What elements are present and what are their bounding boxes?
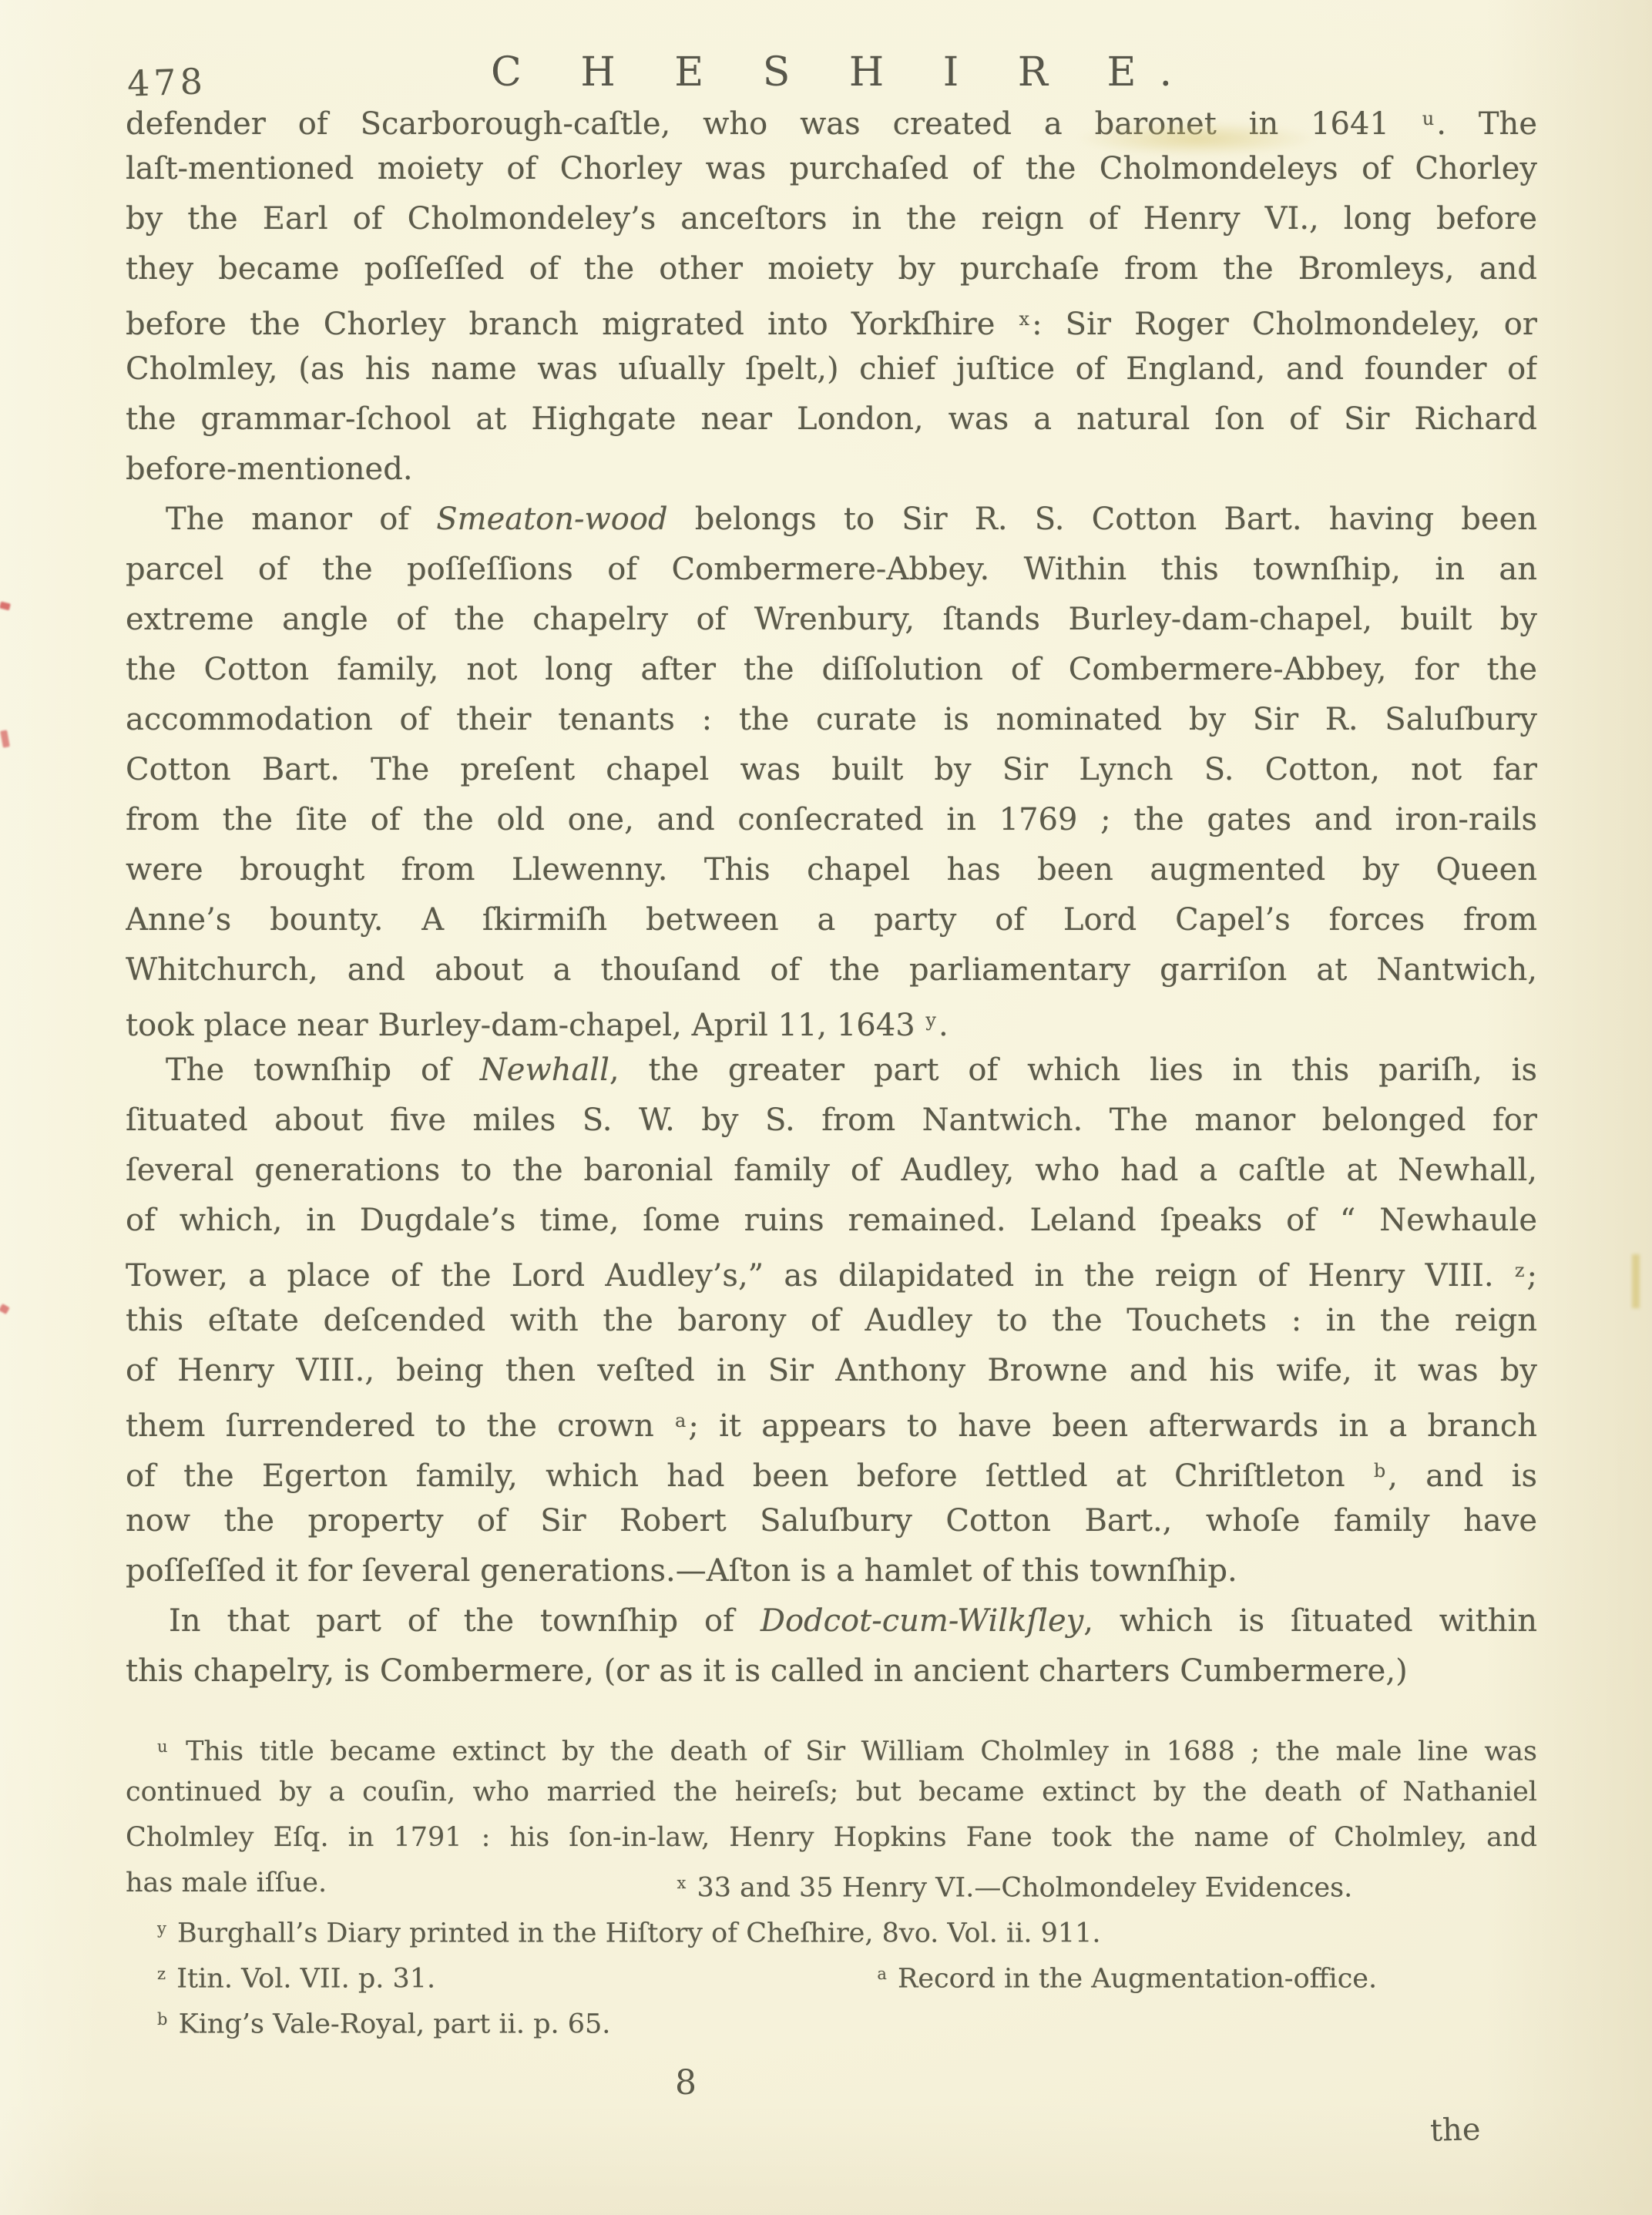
- scan-artifact-stain: [1077, 122, 1316, 156]
- text-line: Tower, a place of the Lord Audley’s,” as…: [126, 1246, 1537, 1296]
- footnote-second-column: x 33 and 35 Henry VI.—Cholmondeley Evide…: [676, 1861, 1352, 1906]
- paragraph: b King’s Vale-Royal, part ii. p. 65.: [126, 1997, 1537, 2042]
- text-segment: accommodation of their tenants : the cur…: [126, 702, 1537, 737]
- text-line: Cholmley, (as his name was uſually ſpelt…: [126, 344, 1537, 394]
- text-line: b King’s Vale-Royal, part ii. p. 65.: [126, 1997, 1537, 2042]
- text-line: defender of Scarborough-caſtle, who was …: [126, 94, 1537, 144]
- text-segment: this chapelry, is Combermere, (or as it …: [126, 1653, 1408, 1689]
- text-segment: of which, in Dugdale’s time, ſome ruins …: [126, 1203, 1537, 1238]
- text-line: Cholmley Eſq. in 1791 : his ſon-in-law, …: [126, 1815, 1537, 1861]
- paragraph: defender of Scarborough-caſtle, who was …: [126, 94, 1537, 495]
- text-segment: by the Earl of Cholmondeley’s anceſtors …: [126, 201, 1537, 237]
- footnote-marker: y: [157, 1919, 166, 1938]
- text-line: continued by a couſin, who married the h…: [126, 1770, 1537, 1815]
- text-segment: ſituated about five miles S. W. by S. fr…: [126, 1102, 1537, 1138]
- text-segment: ; it appears to have been afterwards in …: [688, 1408, 1537, 1444]
- footnote-marker: b: [157, 2010, 167, 2029]
- scan-artifact-red-mark: [0, 602, 11, 611]
- text-segment: the Cotton family, not long after the di…: [126, 652, 1537, 687]
- text-segment: were brought from Llewenny. This chapel …: [126, 852, 1537, 888]
- text-line: before the Chorley branch migrated into …: [126, 294, 1537, 344]
- text-segment: .: [938, 1008, 949, 1043]
- text-line: by the Earl of Cholmondeley’s anceſtors …: [126, 194, 1537, 244]
- text-segment: Itin. Vol. VII. p. 31.: [168, 1964, 435, 1995]
- text-line: parcel of the poſſeſſions of Combermere-…: [126, 545, 1537, 595]
- italic-place-name: Smeaton-wood: [436, 502, 667, 537]
- text-line: of Henry VIII., being then veſted in Sir…: [126, 1346, 1537, 1396]
- text-segment: them ſurrendered to the crown: [126, 1408, 674, 1444]
- text-line: Anne’s bounty. A ſkirmiſh between a part…: [126, 895, 1537, 945]
- text-segment: poſſeſſed it for ſeveral generations.—Aſ…: [126, 1553, 1237, 1589]
- paragraph: z Itin. Vol. VII. p. 31.a Record in the …: [126, 1952, 1537, 1997]
- text-line: from the ſite of the old one, and conſec…: [126, 795, 1537, 845]
- paragraph: u This title became extinct by the death…: [126, 1724, 1537, 1906]
- text-line: Whitchurch, and about a thouſand of the …: [126, 945, 1537, 995]
- text-segment: The townſhip of: [166, 1052, 480, 1088]
- text-segment: ;: [1527, 1258, 1537, 1294]
- text-line: u This title became extinct by the death…: [126, 1724, 1537, 1770]
- footnote-marker: z: [157, 1965, 166, 1983]
- text-line: this chapelry, is Combermere, (or as it …: [126, 1646, 1537, 1696]
- text-segment: Burghall’s Diary printed in the Hiſtory …: [169, 1918, 1101, 1949]
- text-line: Cotton Bart. The preſent chapel was buil…: [126, 745, 1537, 795]
- text-line: In that part of the townſhip of Dodcot-c…: [126, 1596, 1537, 1646]
- text-line: of which, in Dugdale’s time, ſome ruins …: [126, 1196, 1537, 1246]
- text-segment: before-mentioned.: [126, 451, 413, 487]
- text-segment: from the ſite of the old one, and conſec…: [126, 802, 1537, 837]
- text-segment: In that part of the townſhip of: [169, 1603, 761, 1639]
- italic-place-name: Dodcot-cum-Wilkſley: [761, 1603, 1083, 1639]
- footnotes: u This title became extinct by the death…: [126, 1724, 1537, 2042]
- text-segment: This title became extinct by the death o…: [170, 1737, 1537, 1767]
- text-line: the grammar-ſchool at Highgate near Lond…: [126, 394, 1537, 445]
- body-text: defender of Scarborough-caſtle, who was …: [126, 94, 1537, 1696]
- text-line: poſſeſſed it for ſeveral generations.—Aſ…: [126, 1546, 1537, 1596]
- text-segment: of the Egerton family, which had been be…: [126, 1458, 1373, 1494]
- footnote-marker: y: [925, 1009, 936, 1031]
- text-line: The manor of Smeaton-wood belongs to Sir…: [126, 495, 1537, 545]
- italic-place-name: Newhall: [480, 1052, 609, 1088]
- text-segment: Whitchurch, and about a thouſand of the …: [126, 952, 1537, 988]
- text-line: extreme angle of the chapelry of Wrenbur…: [126, 595, 1537, 645]
- text-line: this eſtate deſcended with the barony of…: [126, 1296, 1537, 1346]
- text-segment: has male iſſue.: [126, 1868, 327, 1898]
- text-segment: , which is ſituated within: [1083, 1603, 1537, 1639]
- signature-mark: 8: [640, 2063, 732, 2103]
- book-page: 478 C H E S H I R E. defender of Scarbor…: [0, 0, 1652, 2215]
- footnote-marker: z: [1515, 1260, 1525, 1281]
- text-segment: now the property of Sir Robert Saluſbury…: [126, 1503, 1537, 1539]
- text-line: the Cotton family, not long after the di…: [126, 645, 1537, 695]
- footnote-marker: a: [675, 1410, 686, 1431]
- text-segment: King’s Vale-Royal, part ii. p. 65.: [170, 2009, 610, 2040]
- text-line: z Itin. Vol. VII. p. 31.a Record in the …: [126, 1952, 1537, 1997]
- text-segment: Anne’s bounty. A ſkirmiſh between a part…: [126, 902, 1537, 938]
- text-line: accommodation of their tenants : the cur…: [126, 695, 1537, 745]
- text-line: before-mentioned.: [126, 445, 1537, 495]
- text-segment: the grammar-ſchool at Highgate near Lond…: [126, 401, 1537, 437]
- text-segment: : Sir Roger Cholmondeley, or: [1032, 307, 1537, 342]
- text-segment: took place near Burley-dam-chapel, April…: [126, 1008, 925, 1043]
- scan-artifact-edge-stain: [1632, 1254, 1640, 1308]
- text-segment: parcel of the poſſeſſions of Combermere-…: [126, 552, 1537, 587]
- footnote-second-column: a Record in the Augmentation-office.: [845, 1952, 1377, 1997]
- text-line: them ſurrendered to the crown a; it appe…: [126, 1396, 1537, 1446]
- text-segment: Tower, a place of the Lord Audley’s,” as…: [126, 1258, 1514, 1294]
- paragraph: The manor of Smeaton-wood belongs to Sir…: [126, 495, 1537, 1045]
- text-segment: this eſtate deſcended with the barony of…: [126, 1303, 1537, 1338]
- text-segment: laſt-mentioned moiety of Chorley was pur…: [126, 151, 1537, 186]
- text-line: they became poſſeſſed of the other moiet…: [126, 244, 1537, 294]
- text-line: has male iſſue.x 33 and 35 Henry VI.—Cho…: [126, 1861, 1537, 1906]
- text-line: of the Egerton family, which had been be…: [126, 1446, 1537, 1496]
- paragraph: The townſhip of Newhall, the greater par…: [126, 1045, 1537, 1596]
- footnote-marker: u: [1422, 108, 1434, 129]
- footnote-marker: b: [1374, 1460, 1385, 1482]
- text-segment: continued by a couſin, who married the h…: [126, 1777, 1537, 1807]
- footnote-marker: a: [877, 1965, 887, 1983]
- text-line: The townſhip of Newhall, the greater par…: [126, 1045, 1537, 1096]
- text-line: were brought from Llewenny. This chapel …: [126, 845, 1537, 895]
- text-segment: of Henry VIII., being then veſted in Sir…: [126, 1353, 1537, 1388]
- paragraph: In that part of the townſhip of Dodcot-c…: [126, 1596, 1537, 1696]
- text-segment: , and is: [1388, 1458, 1537, 1494]
- text-line: ſituated about five miles S. W. by S. fr…: [126, 1096, 1537, 1146]
- text-segment: 33 and 35 Henry VI.—Cholmondeley Evidenc…: [688, 1873, 1352, 1904]
- text-segment: they became poſſeſſed of the other moiet…: [126, 251, 1537, 287]
- text-segment: Cotton Bart. The preſent chapel was buil…: [126, 752, 1537, 787]
- text-segment: before the Chorley branch migrated into …: [126, 307, 1019, 342]
- text-segment: The manor of: [166, 502, 436, 537]
- text-segment: . The: [1436, 106, 1537, 142]
- text-segment: , the greater part of which lies in this…: [609, 1052, 1537, 1088]
- footnote-marker: u: [157, 1737, 168, 1756]
- text-segment: Record in the Augmentation-office.: [889, 1964, 1377, 1995]
- text-segment: ſeveral generations to the baronial fami…: [126, 1153, 1537, 1188]
- scan-artifact-red-mark: [0, 1304, 10, 1314]
- scan-artifact-red-mark: [0, 730, 10, 747]
- text-line: y Burghall’s Diary printed in the Hiſtor…: [126, 1906, 1537, 1952]
- text-line: laſt-mentioned moiety of Chorley was pur…: [126, 144, 1537, 194]
- catchword: the: [1429, 2112, 1481, 2149]
- text-segment: belongs to Sir R. S. Cotton Bart. having…: [668, 502, 1537, 537]
- footnote-marker: x: [1019, 308, 1030, 330]
- text-segment: Cholmley Eſq. in 1791 : his ſon-in-law, …: [126, 1822, 1537, 1853]
- text-segment: Cholmley, (as his name was uſually ſpelt…: [126, 351, 1537, 387]
- paragraph: y Burghall’s Diary printed in the Hiſtor…: [126, 1906, 1537, 1952]
- text-segment: extreme angle of the chapelry of Wrenbur…: [126, 602, 1537, 637]
- text-line: took place near Burley-dam-chapel, April…: [126, 995, 1537, 1045]
- text-line: now the property of Sir Robert Saluſbury…: [126, 1496, 1537, 1546]
- footnote-marker: x: [677, 1874, 686, 1892]
- text-line: ſeveral generations to the baronial fami…: [126, 1146, 1537, 1196]
- page-title: C H E S H I R E.: [126, 49, 1537, 96]
